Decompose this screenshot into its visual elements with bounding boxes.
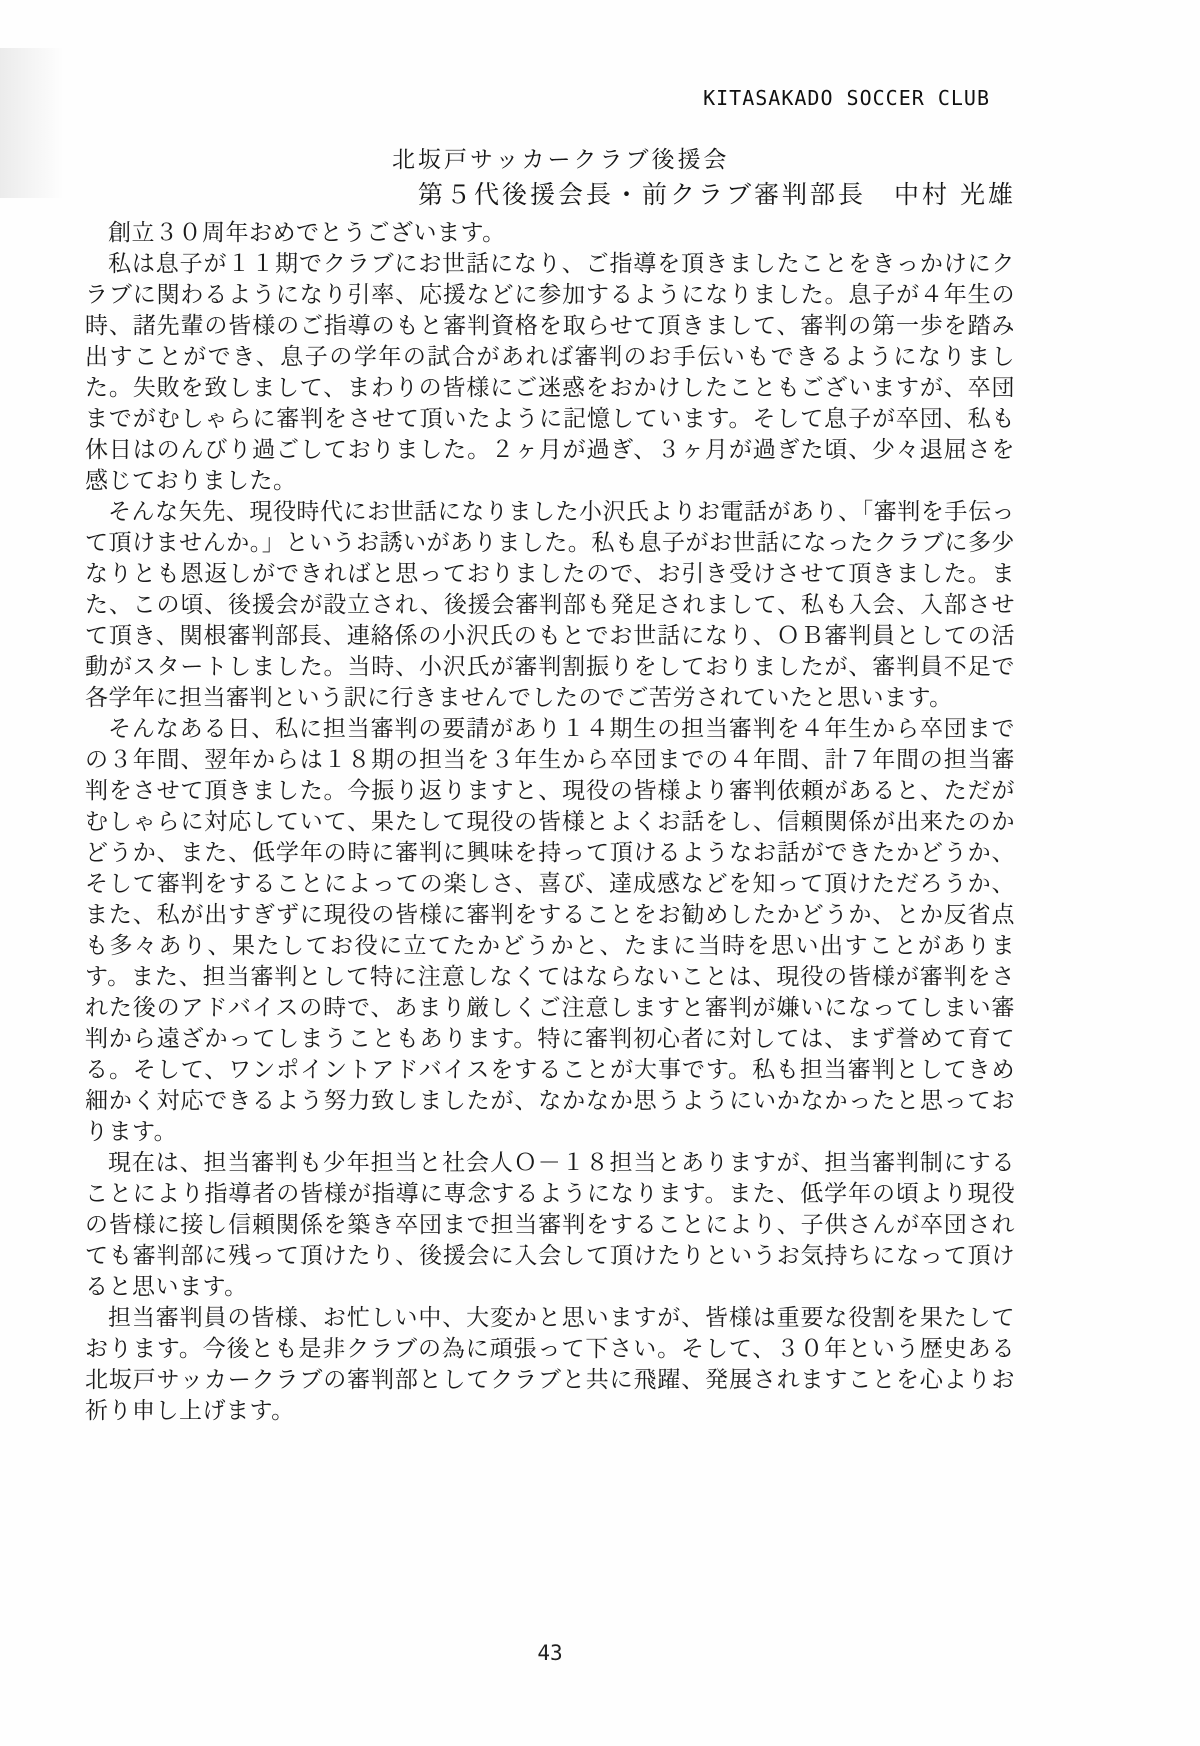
paragraph: そんな矢先、現役時代にお世話になりました小沢氏よりお電話があり、「審判を手伝って…	[85, 496, 1015, 713]
page-number: 43	[537, 1641, 562, 1665]
article-body: 創立３０周年おめでとうございます。私は息子が１１期でクラブにお世話になり、ご指導…	[85, 217, 1015, 1426]
paragraph: そんなある日、私に担当審判の要請があり１４期生の担当審判を４年生から卒団までの３…	[85, 713, 1015, 1147]
club-name-header: KITASAKADO SOCCER CLUB	[0, 86, 990, 110]
paragraph: 現在は、担当審判も少年担当と社会人Ｏ－１８担当とありますが、担当審判制にすること…	[85, 1147, 1015, 1302]
organization-title: 北坂戸サッカークラブ後援会	[392, 141, 730, 174]
author-title-and-name: 第５代後援会長・前クラブ審判部長 中村 光雄	[418, 175, 1016, 211]
paragraph: 担当審判員の皆様、お忙しい中、大変かと思いますが、皆様は重要な役割を果たしており…	[85, 1302, 1015, 1426]
scan-artifact	[0, 48, 64, 198]
page-footer: 43	[85, 1641, 1015, 1665]
paragraph: 私は息子が１１期でクラブにお世話になり、ご指導を頂きましたことをきっかけにクラブ…	[85, 248, 1015, 496]
document-page: KITASAKADO SOCCER CLUB 北坂戸サッカークラブ後援会 第５代…	[0, 0, 1200, 1746]
paragraph: 創立３０周年おめでとうございます。	[85, 217, 1015, 248]
